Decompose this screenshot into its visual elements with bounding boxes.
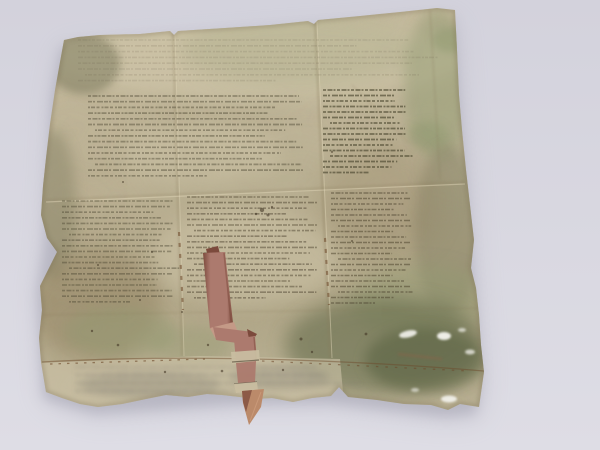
ink-speck bbox=[139, 299, 141, 301]
ink-speck bbox=[331, 151, 333, 153]
ink-speck bbox=[351, 240, 353, 242]
ink-speck bbox=[164, 371, 166, 373]
parchment-document bbox=[30, 0, 500, 420]
ink-speck bbox=[151, 251, 153, 253]
ink-speck bbox=[91, 330, 93, 332]
ribbon-through-plica bbox=[236, 361, 256, 383]
ink-speck bbox=[97, 264, 99, 266]
ink-speck bbox=[365, 333, 368, 336]
gloss-highlight bbox=[411, 388, 419, 392]
ink-speck bbox=[282, 369, 284, 371]
ink-speck bbox=[267, 214, 270, 217]
ink-speck bbox=[311, 351, 313, 353]
ink-speck bbox=[207, 344, 209, 346]
ink-speck bbox=[271, 206, 273, 208]
photo-canvas bbox=[0, 0, 600, 450]
ink-speck bbox=[300, 338, 303, 341]
mold-stain bbox=[408, 121, 448, 149]
dark-mold-stain bbox=[365, 328, 485, 392]
ink-speck bbox=[255, 213, 257, 215]
gloss-highlight bbox=[458, 328, 466, 332]
ink-speck bbox=[221, 370, 224, 373]
ink-speck bbox=[117, 344, 120, 347]
gloss-highlight bbox=[441, 396, 457, 403]
ink-speck bbox=[122, 181, 124, 183]
ink-speck bbox=[260, 208, 264, 212]
ink-speck bbox=[181, 311, 183, 313]
photo bbox=[0, 0, 600, 450]
gloss-highlight bbox=[437, 332, 451, 340]
gloss-highlight bbox=[465, 350, 475, 355]
